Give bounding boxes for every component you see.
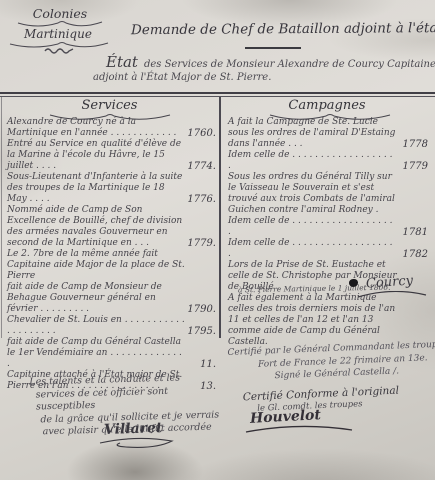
campagne-entry-text: Idem celle de . . . . . . . . . . . . . … bbox=[228, 216, 392, 237]
service-entry-text: Le 2. 7bre de la même année fait Capitai… bbox=[7, 249, 185, 281]
signature-bottom: Houvelot bbox=[250, 407, 322, 427]
service-entry-year: 1790. bbox=[187, 304, 216, 315]
service-entry-text: fait aide de Camp du Général Castella le… bbox=[7, 337, 182, 369]
service-entry: Le 2. 7bre de la même année fait Capitai… bbox=[7, 249, 214, 282]
campagne-entry-text: Idem celle de . . . . . . . . . . . . . … bbox=[228, 150, 392, 171]
campagne-entry: Idem celle de . . . . . . . . . . . . . … bbox=[228, 150, 426, 172]
service-entry: Sous-Lieutenant d'Infanterie à la suite … bbox=[7, 172, 214, 205]
service-entry-year: 1779. bbox=[187, 238, 216, 249]
subtitle-lead-word: État bbox=[106, 53, 138, 71]
subtitle-rest: des Services de Monsieur Alexandre de Co… bbox=[144, 59, 435, 70]
campagne-entry: Idem celle de . . . . . . . . . . . . . … bbox=[228, 216, 426, 238]
signature-villaret: Villaret bbox=[104, 420, 163, 438]
signature-flourish bbox=[96, 437, 176, 451]
campagne-entry: Idem celle de . . . . . . . . . . . . . … bbox=[228, 238, 426, 260]
service-entry: Alexandre de Courcy né à la Martinique e… bbox=[7, 117, 214, 139]
services-entry-list: Alexandre de Courcy né à la Martinique e… bbox=[7, 117, 214, 392]
campagne-entry-text: A fait la Campagne de Ste. Lucie sous le… bbox=[228, 117, 395, 149]
title-underline bbox=[245, 47, 301, 49]
document-page: Colonies Martinique Demande de Chef de B… bbox=[0, 0, 435, 480]
table-top-rule bbox=[0, 92, 435, 94]
service-entry-year: 1795. bbox=[187, 326, 216, 337]
certification-block-1: Certifié par le Général Commandant les t… bbox=[227, 339, 435, 384]
signature-flourish bbox=[356, 291, 428, 299]
service-entry-year: 1774. bbox=[187, 161, 216, 172]
campagne-entry-text: A fait également à la Martinique celles … bbox=[228, 293, 395, 347]
signature-flourish bbox=[244, 425, 354, 435]
campagne-entry-year: 1779 bbox=[403, 161, 428, 172]
service-entry-text: Alexandre de Courcy né à la Martinique e… bbox=[7, 117, 176, 138]
campagne-entry-year: 1782 bbox=[403, 249, 428, 260]
service-entry: Chevalier de St. Louis en . . . . . . . … bbox=[7, 315, 214, 337]
document-title: Demande de Chef de Bataillon adjoint à l… bbox=[131, 20, 435, 38]
document-subtitle: Étatdes Services de Monsieur Alexandre d… bbox=[106, 53, 435, 71]
service-entry-text: fait aide de Camp de Monsieur de Behague… bbox=[7, 282, 162, 314]
campagne-entry: Sous les ordres du Général Tilly sur le … bbox=[228, 172, 426, 216]
service-entry: fait aide de Camp du Général Castella le… bbox=[7, 337, 214, 370]
table-left-border bbox=[1, 97, 2, 338]
campagne-entry-text: Sous les ordres du Général Tilly sur le … bbox=[228, 172, 395, 215]
service-entry-text: Chevalier de St. Louis en . . . . . . . … bbox=[7, 315, 185, 336]
campagne-entry-year: 1778 bbox=[403, 139, 428, 150]
document-subtitle-line2: adjoint à l'État Major de St. Pierre. bbox=[93, 72, 271, 83]
campagne-entry-text: Idem celle de . . . . . . . . . . . . . … bbox=[228, 238, 392, 259]
service-entry-year: 11. bbox=[200, 359, 216, 370]
campagnes-column-header: Campagnes bbox=[219, 98, 435, 113]
service-entry-text: Nommé aide de Camp de Son Excellence de … bbox=[7, 205, 182, 248]
corner-place-label: Martinique bbox=[4, 27, 112, 41]
service-entry: Entré au Service en qualité d'élève de l… bbox=[7, 139, 214, 172]
campagne-entry-year: 1781 bbox=[403, 227, 428, 238]
service-entry-year: 1760. bbox=[187, 128, 216, 139]
table-top-rule-second bbox=[0, 96, 435, 97]
service-entry: fait aide de Camp de Monsieur de Behague… bbox=[7, 282, 214, 315]
service-entry: Nommé aide de Camp de Son Excellence de … bbox=[7, 205, 214, 249]
services-column-header: Services bbox=[0, 98, 219, 113]
service-entry-year: 1776. bbox=[187, 194, 216, 205]
column-divider bbox=[219, 97, 221, 338]
campagnes-entry-list: A fait la Campagne de Ste. Lucie sous le… bbox=[228, 117, 426, 348]
service-entry-text: Entré au Service en qualité d'élève de l… bbox=[7, 139, 181, 171]
squiggle-ornament bbox=[44, 47, 74, 54]
service-entry-text: Sous-Lieutenant d'Infanterie à la suite … bbox=[7, 172, 182, 204]
campagne-entry: A fait la Campagne de Ste. Lucie sous le… bbox=[228, 117, 426, 150]
